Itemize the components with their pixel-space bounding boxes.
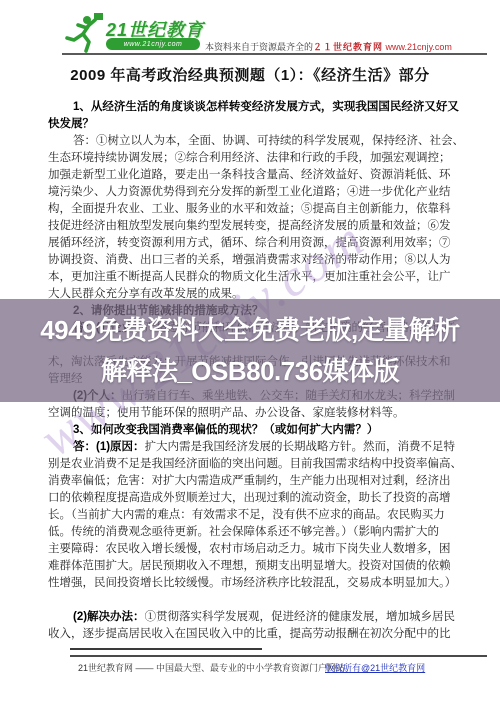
document-line: 本，更加注重不断提高人民群众的物质文化生活水平，更加注重社会公平，让广 [48, 269, 458, 286]
document-page: 21世纪教育 www.21cnjy.com 本资料来自于资源最齐全的２１世纪教育… [0, 0, 500, 707]
overlay-banner-line1: 4949免费资料大全免费老版,定量解析 [40, 311, 460, 349]
document-line: 1、从经济生活的角度谈谈怎样转变经济发展方式，实现我国国民经济又好又 [48, 99, 458, 116]
document-line: 主要障碍：农民收入增长缓慢，农村市场启动乏力。城市下岗失业人数增多，困 [48, 541, 458, 558]
document-line: 技促进经济由粗放型发展向集约型发展转变，提高经济发展的质量和效益；⑥发 [48, 218, 458, 235]
document-line: 性增强，民间投资增长比较缓慢。市场经济秩序比较混乱，交易成本明显加大。） [48, 575, 458, 592]
document-line: 3、如何改变我国消费率偏低的现状？（或如何扩大内需？） [48, 422, 458, 439]
tagline-url: www.21cnjy.com [386, 42, 452, 52]
document-line: 收入，逐步提高居民收入在国民收入中的比重，提高劳动报酬在初次分配中的比 [48, 626, 458, 643]
document-line: 快发展？ [48, 116, 458, 133]
document-line: 展循环经济，转变资源利用方式，循环、综合利用资源，提高资源利用效率；⑦ [48, 235, 458, 252]
document-line: 难群体范围扩大。居民预期收入不理想，预期支出明显增大。投资对国债的依赖 [48, 558, 458, 575]
document-line: 答：(1)原因：扩大内需是我国经济发展的长期战略方针。然而，消费不足特 [48, 439, 458, 456]
document-line: 口的依赖程度提高造成外贸顺差过大，出现过剩的流动资金，助长了投资的高增 [48, 490, 458, 507]
document-line [48, 592, 458, 609]
page-title: 2009 年高考政治经典预测题（1）：《经济生活》部分 [0, 64, 500, 85]
footer-site-description: 21世纪教育网 —— 中国最大型、最专业的中小学教育资源门户网站。 [78, 661, 354, 674]
document-line: 别是农业消费不足是我国经济面临的突出问题。目前我国需求结构中投资率偏高、 [48, 456, 458, 473]
document-line: (2)解决办法：①贯彻落实科学发展观，促进经济的健康发展，增加城乡居民 [48, 609, 458, 626]
document-line: 加强走新型工业化道路，要走出一条科技含量高、经济效益好、资源消耗低、环 [48, 167, 458, 184]
document-line: 境污染少、人力资源优势得到充分发挥的新型工业化道路；④进一步优化产业结 [48, 184, 458, 201]
overlay-banner: 4949免费资料大全免费老版,定量解析 解释法_OSB80.736媒体版 [0, 299, 500, 402]
document-line: 空调的温度；使用节能环保的照明产品、办公设备、家庭装修材料等。 [48, 405, 458, 422]
tagline-prefix: 本资料来自于资源最齐全的 [205, 42, 313, 52]
footer-divider-short [70, 648, 262, 650]
brand-url-bar: www.21cnjy.com [106, 38, 200, 50]
document-line: 协调投资、消费、出口三者的关系，增强消费需求对经济的带动作用；⑧以人为 [48, 252, 458, 269]
header-tagline: 本资料来自于资源最齐全的２１世纪教育网 www.21cnjy.com [205, 40, 452, 53]
mascot-running-figure-icon [64, 12, 104, 54]
copyright-link[interactable]: 版权所有@21世纪教育网 [325, 661, 425, 674]
document-line: 答：①树立以人为本，全面、协调、可持续的科学发展观，保持经济、社会、 [48, 133, 458, 150]
document-line: 消费率偏低；危害：对扩大内需造成严重制约，生产能力出现相对过剩，经济出 [48, 473, 458, 490]
brand-url: www.21cnjy.com [124, 41, 183, 48]
document-line: 低。传统的消费观念亟待更新。社会保障体系还不够完善。）（影响内需扩大的 [48, 524, 458, 541]
footer-divider [70, 655, 487, 657]
overlay-banner-line2: 解释法_OSB80.736媒体版 [101, 352, 399, 390]
document-line: 构，全面提升农业、工业、服务业的水平和效益；⑤提高自主创新能力，依靠科 [48, 201, 458, 218]
document-line: 生态环境持续协调发展；②综合利用经济、法律和行政的手段，加强宏观调控； [48, 150, 458, 167]
tagline-highlight: ２１世纪教育网 [313, 42, 383, 52]
document-line: 长。（当前扩大内需的难点：有效需求不足，没有供不应求的商品。农民购买力 [48, 507, 458, 524]
header-divider [62, 53, 487, 55]
